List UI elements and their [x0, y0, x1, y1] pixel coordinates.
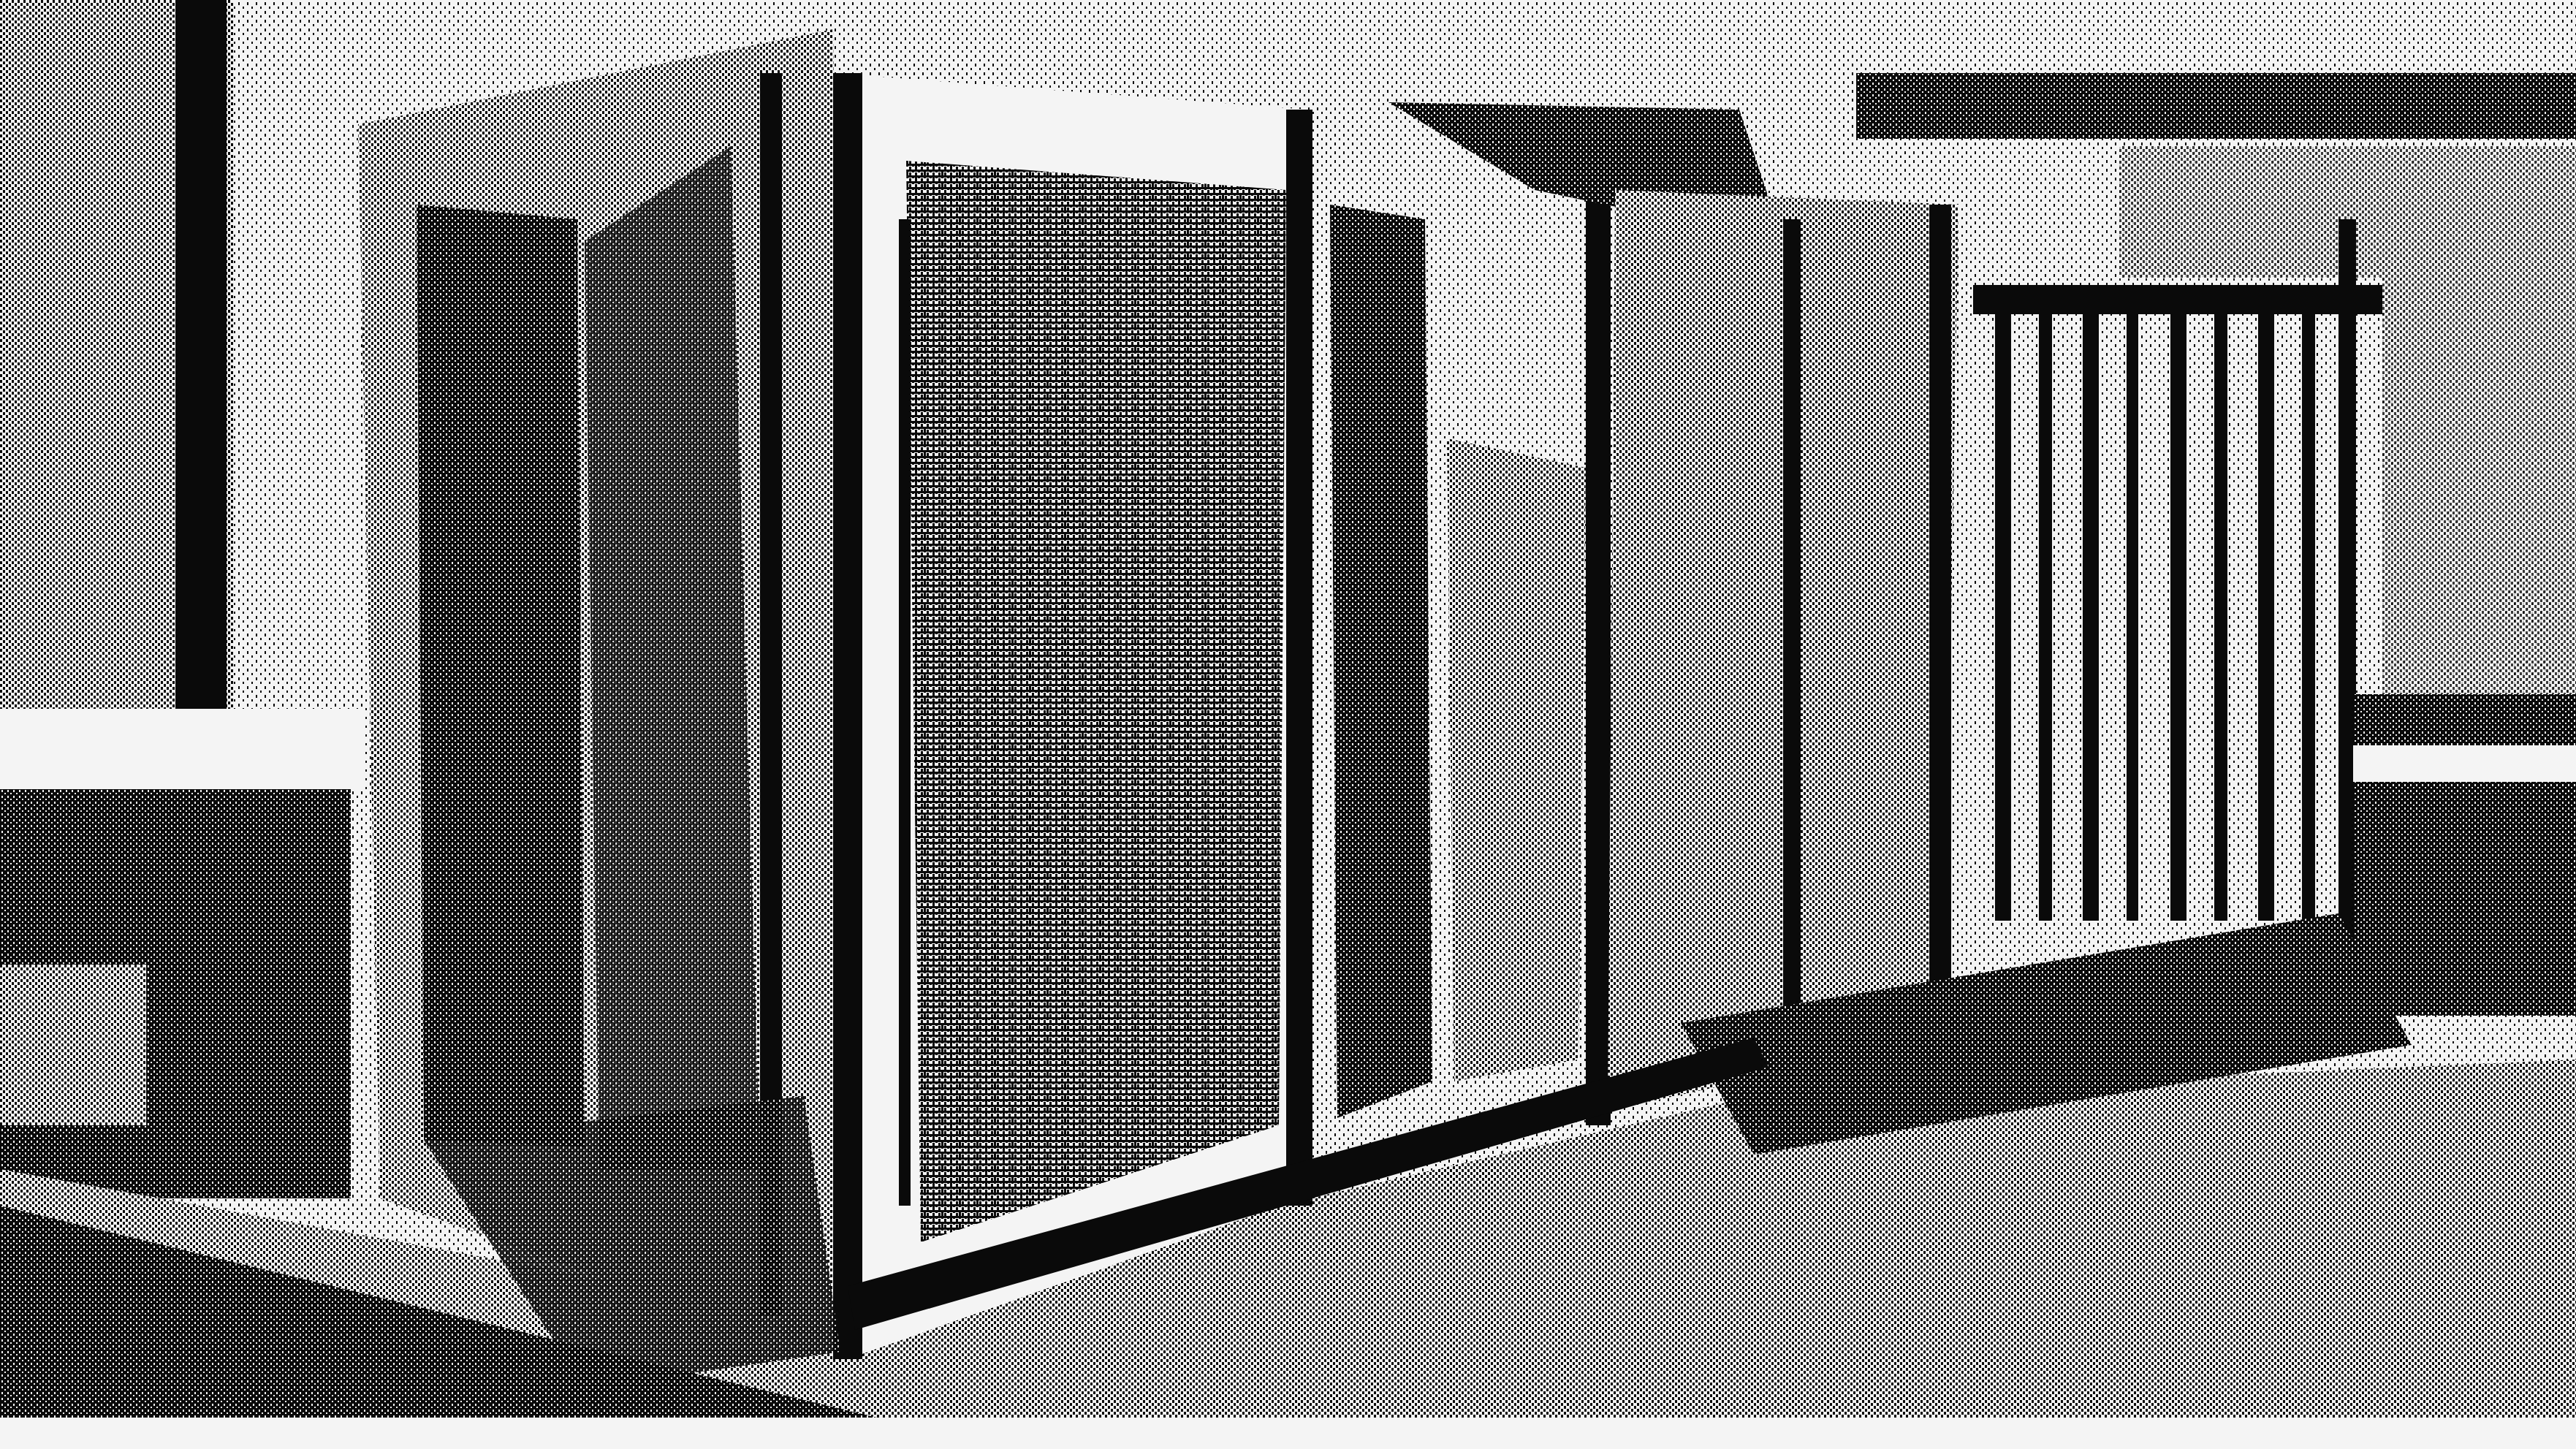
vehicle-bumper: [0, 965, 146, 1125]
inner-post: [899, 219, 911, 1206]
curtain-dark: [417, 205, 585, 1147]
brick-wall: [906, 161, 1286, 1242]
dithered-photograph: [0, 0, 2576, 1418]
frame-post: [1586, 175, 1611, 1125]
frame-post: [833, 73, 862, 1359]
sheeting-mid: [1447, 438, 1586, 1081]
frame-post: [1929, 205, 1951, 1045]
bottom-border: [0, 1418, 2576, 1449]
frame-post: [1286, 110, 1312, 1206]
right-structure: [2353, 694, 2576, 1016]
torn-sheeting: [1330, 205, 1432, 1118]
left-platform: [0, 709, 365, 789]
vertical-pipe: [175, 0, 227, 716]
upper-right-ledge: [1856, 73, 2576, 139]
right-ledge: [2353, 745, 2576, 782]
frame-post: [1783, 219, 1801, 1060]
curtain-folds: [585, 146, 760, 1169]
enclosure-top-rail: [1973, 285, 2382, 314]
